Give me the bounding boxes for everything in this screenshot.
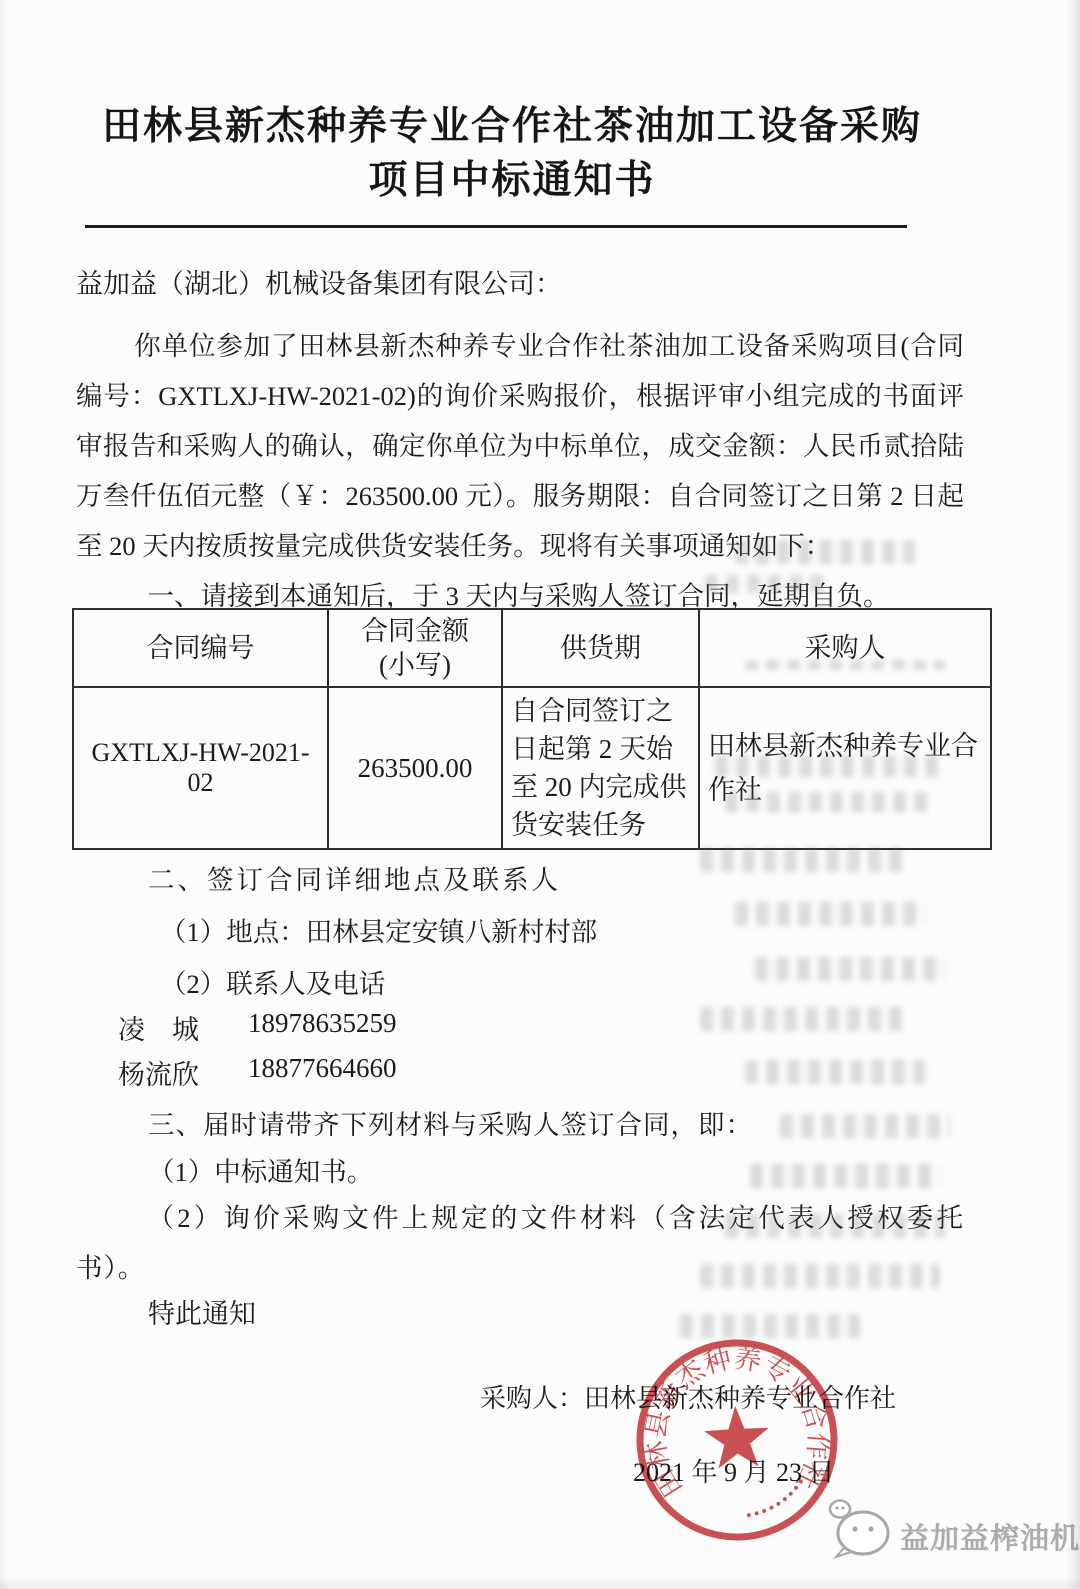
contact-1-phone: 18978635259 <box>248 1008 397 1047</box>
bleed-through-artifact <box>705 575 825 593</box>
section2-contact-heading: （2）联系人及电话 <box>160 962 385 1001</box>
document-title: 田林县新杰种养专业合作社茶油加工设备采购 项目中标通知书 <box>0 100 1024 208</box>
contact-1-name: 凌 城 <box>118 1008 248 1047</box>
bleed-through-artifact <box>750 1164 940 1188</box>
document-title-line2: 项目中标通知书 <box>0 154 1024 208</box>
header-delivery: 供货期 <box>502 609 699 687</box>
seal-serial-dots <box>745 1479 804 1517</box>
official-seal-stamp: 田林县新杰种养专业合作社 <box>627 1330 848 1551</box>
bleed-through-artifact <box>715 755 945 777</box>
section2-heading: 二、签订合同详细地点及联系人 <box>148 858 561 897</box>
table-header-row: 合同编号 合同金额 (小写) 供货期 采购人 <box>73 609 991 687</box>
section3-item1: （1）中标通知书。 <box>148 1150 373 1189</box>
salutation: 益加益（湖北）机械设备集团有限公司： <box>76 262 562 301</box>
header-contract-no: 合同编号 <box>73 609 328 687</box>
title-divider-rule <box>85 225 907 228</box>
wechat-icon <box>828 1498 892 1560</box>
contact-2-phone: 18877664660 <box>248 1053 397 1092</box>
header-amount-line1: 合同金额 <box>337 614 493 648</box>
bleed-through-artifact <box>755 957 945 981</box>
bleed-through-artifact <box>735 902 925 926</box>
contact-2-name: 杨流欣 <box>118 1053 248 1092</box>
section2-location: （1）地点：田林县定安镇八新村村部 <box>160 910 597 949</box>
bleed-through-artifact <box>725 1214 945 1238</box>
bleed-through-artifact <box>745 1060 925 1084</box>
bleed-through-artifact <box>700 1007 910 1031</box>
closing-line: 特此通知 <box>148 1292 256 1331</box>
bleed-through-artifact <box>735 540 915 564</box>
header-amount: 合同金额 (小写) <box>328 609 502 687</box>
cell-contract-no: GXTLXJ-HW-2021-02 <box>73 687 328 849</box>
document-title-line1: 田林县新杰种养专业合作社茶油加工设备采购 <box>0 100 1024 154</box>
body-paragraph: 你单位参加了田林县新杰种养专业合作社茶油加工设备采购项目(合同编号：GXTLXJ… <box>76 321 964 571</box>
bleed-through-artifact <box>745 660 945 670</box>
section3-heading: 三、届时请带齐下列材料与采购人签订合同，即： <box>148 1103 753 1142</box>
watermark: 益加益榨油机 <box>828 1498 1080 1560</box>
contact-row-2: 杨流欣 18877664660 <box>118 1053 397 1092</box>
contract-table: 合同编号 合同金额 (小写) 供货期 采购人 GXTLXJ-HW-2021-02… <box>72 608 992 850</box>
header-purchaser: 采购人 <box>699 609 991 687</box>
watermark-label: 益加益榨油机 <box>900 1516 1080 1557</box>
seal-star-icon <box>703 1404 771 1469</box>
scanned-document-page: 田林县新杰种养专业合作社茶油加工设备采购 项目中标通知书 益加益（湖北）机械设备… <box>0 0 1080 1589</box>
cell-delivery: 自合同签订之日起第 2 天始至 20 内完成供货安装任务 <box>502 687 699 849</box>
header-amount-line2: (小写) <box>337 648 493 682</box>
bleed-through-artifact <box>725 792 935 812</box>
bleed-through-artifact <box>780 1114 950 1138</box>
cell-amount: 263500.00 <box>328 687 502 849</box>
bleed-through-artifact <box>700 848 910 872</box>
contact-row-1: 凌 城 18978635259 <box>118 1008 397 1047</box>
bleed-through-artifact <box>700 1264 940 1288</box>
